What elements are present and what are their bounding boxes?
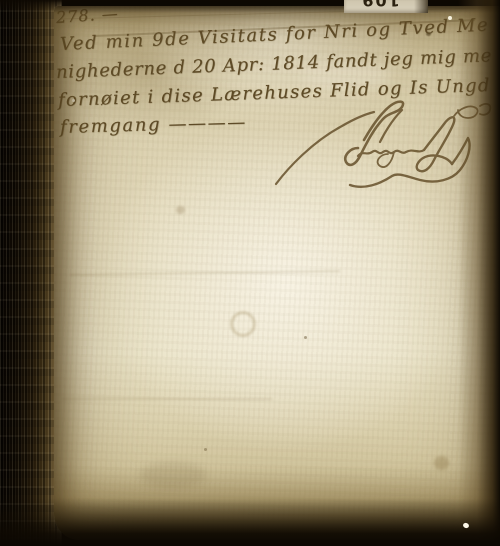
- scanned-book-page-photo: 278. — Ved min 9de Visitats for Nri og T…: [0, 0, 500, 546]
- archive-label: 109: [344, 0, 428, 13]
- signature-flourish: [268, 98, 498, 193]
- book-spine: [0, 0, 62, 546]
- archive-label-number: 109: [356, 0, 404, 9]
